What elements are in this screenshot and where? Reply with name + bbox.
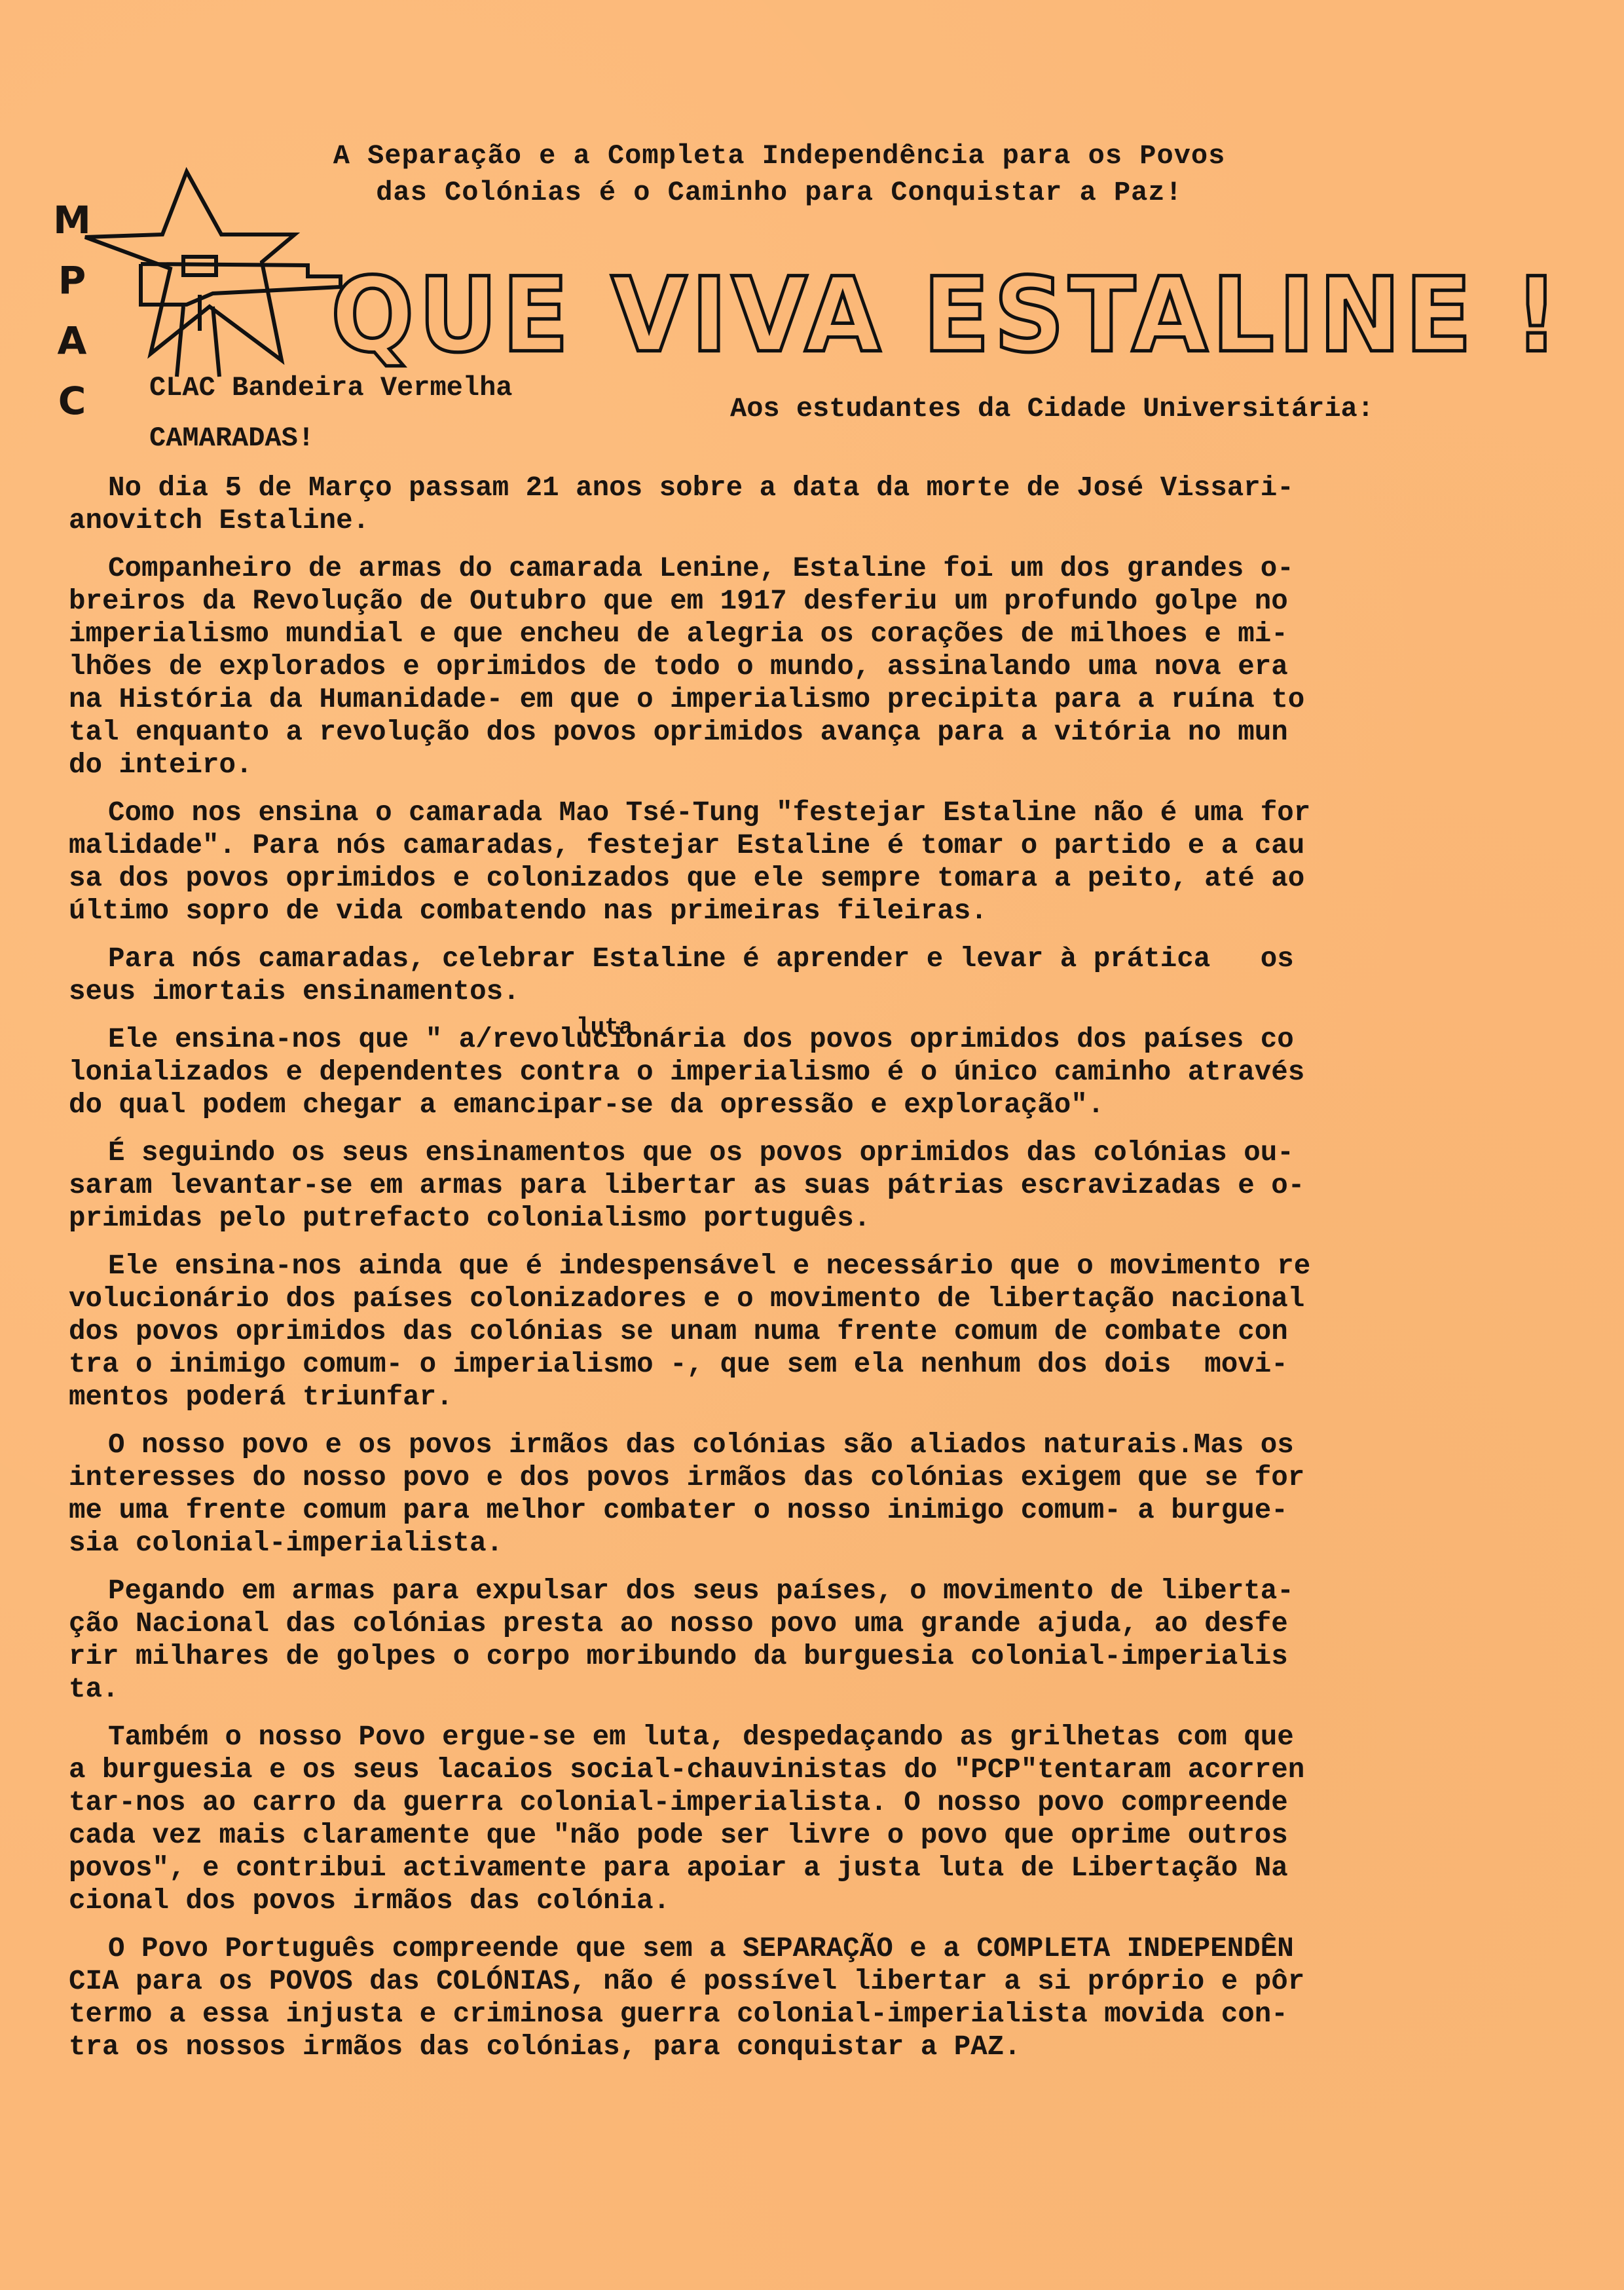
text-line: cional dos povos irmãos das colónia.: [69, 1885, 1536, 1917]
paragraph: Ele ensina-nos que " a/revolucionária do…: [69, 1023, 1536, 1121]
text-line: do inteiro.: [69, 749, 1536, 781]
paragraph: O nosso povo e os povos irmãos das colón…: [69, 1429, 1536, 1560]
text-line: tra o inimigo comum- o imperialismo -, q…: [69, 1348, 1536, 1381]
text-line: rir milhares de golpes o corpo moribundo…: [69, 1640, 1536, 1673]
text-line: Companheiro de armas do camarada Lenine,…: [69, 552, 1536, 585]
text-line: volucionário dos países colonizadores e …: [69, 1283, 1536, 1315]
organization-name: CLAC Bandeira Vermelha: [149, 372, 513, 404]
text-line: ção Nacional das colónias presta ao noss…: [69, 1607, 1536, 1640]
paragraph: Para nós camaradas, celebrar Estaline é …: [69, 943, 1536, 1008]
mpac-letters: M P A C: [52, 190, 92, 431]
logo-letter: P: [52, 250, 92, 310]
logo-letter: C: [52, 371, 92, 431]
text-line: Ele ensina-nos que " a/revolucionária do…: [69, 1023, 1536, 1056]
paragraph: É seguindo os seus ensinamentos que os p…: [69, 1136, 1536, 1235]
text-line: na História da Humanidade- em que o impe…: [69, 683, 1536, 716]
text-line: último sopro de vida combatendo nas prim…: [69, 895, 1536, 928]
text-line: sia colonial-imperialista.: [69, 1527, 1536, 1560]
logo-letter: A: [52, 310, 92, 371]
header-slogan: A Separação e a Completa Independência p…: [249, 138, 1310, 211]
text-line: malidade". Para nós camaradas, festejar …: [69, 829, 1536, 862]
text-line: a burguesia e os seus lacaios social-cha…: [69, 1754, 1536, 1786]
body-text: No dia 5 de Março passam 21 anos sobre a…: [69, 472, 1536, 2078]
paragraph: Companheiro de armas do camarada Lenine,…: [69, 552, 1536, 781]
text-line: termo a essa injusta e criminosa guerra …: [69, 1998, 1536, 2031]
text-line: me uma frente comum para melhor combater…: [69, 1494, 1536, 1527]
text-line: tal enquanto a revolução dos povos oprim…: [69, 716, 1536, 749]
paragraph: O Povo Português compreende que sem a SE…: [69, 1932, 1536, 2063]
text-line: O Povo Português compreende que sem a SE…: [69, 1932, 1536, 1965]
text-line: cada vez mais claramente que "não pode s…: [69, 1819, 1536, 1852]
text-line: breiros da Revolução de Outubro que em 1…: [69, 585, 1536, 618]
text-line: ta.: [69, 1673, 1536, 1706]
text-line: Ele ensina-nos ainda que é indespensável…: [69, 1250, 1536, 1283]
logo-letter: M: [52, 190, 92, 250]
text-line: Também o nosso Povo ergue-se em luta, de…: [69, 1721, 1536, 1754]
text-line: primidas pelo putrefacto colonialismo po…: [69, 1202, 1536, 1235]
leaflet-page: M P A C A Separação e a Completa Indepen…: [0, 0, 1624, 2290]
text-line: CIA para os POVOS das COLÓNIAS, não é po…: [69, 1965, 1536, 1998]
slogan-line-1: A Separação e a Completa Independência p…: [249, 138, 1310, 174]
page-title: QUE VIVA ESTALINE !: [331, 256, 1562, 376]
text-line: povos", e contribui activamente para apo…: [69, 1852, 1536, 1885]
text-line: sa dos povos oprimidos e colonizados que…: [69, 862, 1536, 895]
text-line: O nosso povo e os povos irmãos das colón…: [69, 1429, 1536, 1461]
paragraph: Como nos ensina o camarada Mao Tsé-Tung …: [69, 797, 1536, 928]
text-line: seus imortais ensinamentos.: [69, 975, 1536, 1008]
text-line: dos povos oprimidos das colónias se unam…: [69, 1315, 1536, 1348]
text-line: No dia 5 de Março passam 21 anos sobre a…: [69, 472, 1536, 504]
paragraph: Pegando em armas para expulsar dos seus …: [69, 1575, 1536, 1706]
text-line: imperialismo mundial e que encheu de ale…: [69, 618, 1536, 650]
paragraph: No dia 5 de Março passam 21 anos sobre a…: [69, 472, 1536, 537]
salutation: CAMARADAS!: [149, 422, 314, 454]
text-line: Pegando em armas para expulsar dos seus …: [69, 1575, 1536, 1607]
paragraph: Também o nosso Povo ergue-se em luta, de…: [69, 1721, 1536, 1917]
slogan-line-2: das Colónias é o Caminho para Conquistar…: [249, 174, 1310, 211]
text-line: Como nos ensina o camarada Mao Tsé-Tung …: [69, 797, 1536, 829]
text-line: mentos poderá triunfar.: [69, 1381, 1536, 1414]
recipient-line: Aos estudantes da Cidade Universitária:: [730, 393, 1374, 424]
text-line: do qual podem chegar a emancipar-se da o…: [69, 1089, 1536, 1121]
paragraph: Ele ensina-nos ainda que é indespensável…: [69, 1250, 1536, 1414]
text-line: É seguindo os seus ensinamentos que os p…: [69, 1136, 1536, 1169]
text-line: saram levantar-se em armas para libertar…: [69, 1169, 1536, 1202]
text-line: lonializados e dependentes contra o impe…: [69, 1056, 1536, 1089]
text-line: anovitch Estaline.: [69, 504, 1536, 537]
text-line: tra os nossos irmãos das colónias, para …: [69, 2031, 1536, 2063]
text-line: interesses do nosso povo e dos povos irm…: [69, 1461, 1536, 1494]
text-line: lhões de explorados e oprimidos de todo …: [69, 650, 1536, 683]
text-line: Para nós camaradas, celebrar Estaline é …: [69, 943, 1536, 975]
text-line: tar-nos ao carro da guerra colonial-impe…: [69, 1786, 1536, 1819]
